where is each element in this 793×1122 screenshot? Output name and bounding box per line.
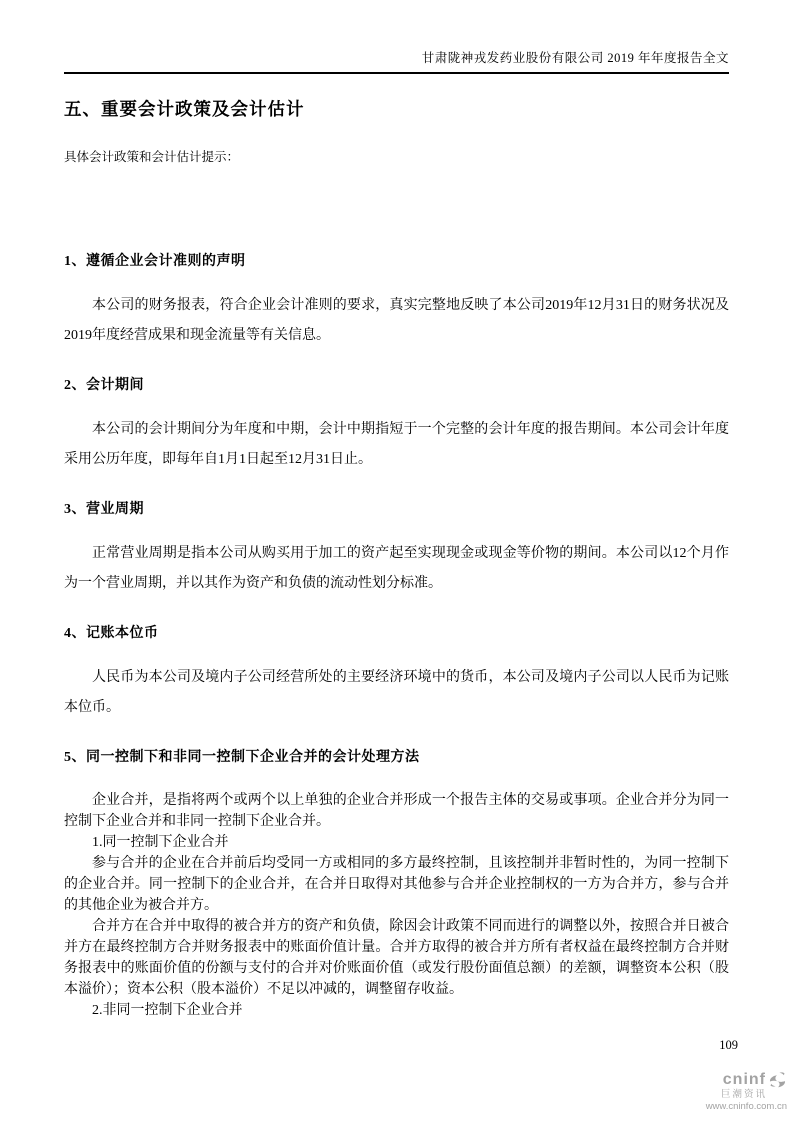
page-number: 109	[719, 1038, 738, 1053]
paragraph: 合并方在合并中取得的被合并方的资产和负债，除因会计政策不同而进行的调整以外，按照…	[64, 916, 729, 1000]
logo-brand-row: cninf	[677, 1070, 787, 1089]
section: 4、记账本位币人民币为本公司及境内子公司经营所处的主要经济环境中的货币，本公司及…	[64, 622, 729, 723]
paragraph: 人民币为本公司及境内子公司经营所处的主要经济环境中的货币，本公司及境内子公司以人…	[64, 663, 729, 723]
header-title: 甘肃陇神戎发药业股份有限公司 2019 年年度报告全文	[422, 51, 729, 65]
paragraph: 本公司的财务报表，符合企业会计准则的要求，真实完整地反映了本公司2019年12月…	[64, 291, 729, 351]
paragraph: 参与合并的企业在合并前后均受同一方或相同的多方最终控制，且该控制并非暂时性的，为…	[64, 853, 729, 916]
section: 5、同一控制下和非同一控制下企业合并的会计处理方法企业合并，是指将两个或两个以上…	[64, 746, 729, 1021]
paragraph: 企业合并，是指将两个或两个以上单独的企业合并形成一个报告主体的交易或事项。企业合…	[64, 790, 729, 832]
section-heading: 5、同一控制下和非同一控制下企业合并的会计处理方法	[64, 746, 729, 766]
section-heading: 3、营业周期	[64, 498, 729, 518]
page-header: 甘肃陇神戎发药业股份有限公司 2019 年年度报告全文	[64, 0, 729, 74]
section: 2、会计期间本公司的会计期间分为年度和中期，会计中期指短于一个完整的会计年度的报…	[64, 374, 729, 475]
paragraph: 1.同一控制下企业合并	[64, 832, 729, 853]
document-page: 甘肃陇神戎发药业股份有限公司 2019 年年度报告全文 五、重要会计政策及会计估…	[0, 0, 793, 1122]
logo-website-url: www.cninfo.com.cn	[677, 1102, 787, 1112]
section-heading: 2、会计期间	[64, 374, 729, 394]
section: 3、营业周期正常营业周期是指本公司从购买用于加工的资产起至实现现金或现金等价物的…	[64, 498, 729, 599]
section: 1、遵循企业会计准则的声明本公司的财务报表，符合企业会计准则的要求，真实完整地反…	[64, 250, 729, 351]
cninfo-logo: cninf 巨潮资讯 www.cninfo.com.cn	[677, 1070, 787, 1113]
cninfo-swirl-icon	[768, 1070, 787, 1089]
paragraph: 2.非同一控制下企业合并	[64, 1000, 729, 1021]
section-heading: 4、记账本位币	[64, 622, 729, 642]
paragraph: 正常营业周期是指本公司从购买用于加工的资产起至实现现金或现金等价物的期间。本公司…	[64, 539, 729, 599]
page-title: 五、重要会计政策及会计估计	[64, 96, 729, 121]
logo-chinese-name: 巨潮资讯	[677, 1090, 787, 1100]
section-heading: 1、遵循企业会计准则的声明	[64, 250, 729, 270]
logo-brand-text: cninf	[723, 1071, 766, 1089]
sections-container: 1、遵循企业会计准则的声明本公司的财务报表，符合企业会计准则的要求，真实完整地反…	[64, 250, 729, 1021]
intro-note: 具体会计政策和会计估计提示：	[64, 147, 729, 165]
paragraph: 本公司的会计期间分为年度和中期，会计中期指短于一个完整的会计年度的报告期间。本公…	[64, 415, 729, 475]
